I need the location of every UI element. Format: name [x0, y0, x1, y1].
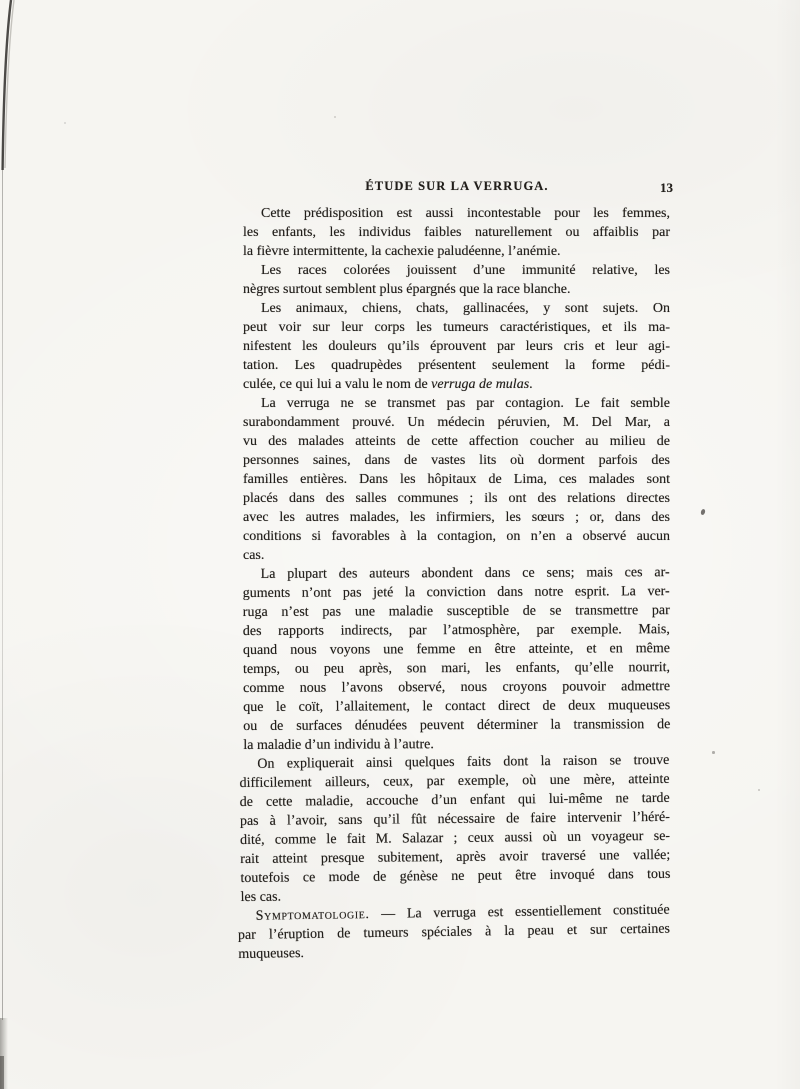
paragraph: La plupart des auteurs abondent dans ce … — [243, 563, 671, 755]
scan-speck — [758, 789, 760, 791]
text-segment: placés dans des salles communes ; ils on… — [243, 491, 670, 506]
text-segment: les enfants, les individus faibles natur… — [243, 225, 670, 240]
text-line: comme nous l’avons observé, nous croyons… — [243, 677, 670, 698]
text-line: placés dans des salles communes ; ils on… — [243, 489, 670, 508]
text-line: guments n’ont pas jeté la conviction dan… — [243, 582, 670, 603]
text-line: familles entières. Dans les hôpitaux de … — [243, 470, 670, 489]
text-line: la fièvre intermittente, la cachexie pal… — [243, 242, 670, 261]
text-line: conditions si favorables à la contagion,… — [243, 527, 670, 546]
text-segment: la maladie d’un individu à l’autre. — [243, 737, 434, 753]
paragraph: Les races colorées jouissent d’une immun… — [243, 261, 670, 299]
scan-speck — [700, 509, 706, 516]
text-segment: tation. Les quadrupèdes présentent seule… — [243, 358, 670, 373]
text-segment: difficilement ailleurs, ceux, par exempl… — [239, 772, 669, 791]
text-line: des rapports indirects, par l’atmosphère… — [243, 620, 670, 641]
text-line: que le coït, l’allaitement, le contact d… — [243, 696, 670, 717]
text-line: ou de surfaces dénudées peuvent détermin… — [243, 715, 670, 736]
text-line: vu des malades atteints de cette affecti… — [243, 432, 670, 451]
text-segment: vu des malades atteints de cette affecti… — [243, 434, 670, 449]
text-segment: cas. — [243, 548, 264, 563]
paragraph: Les animaux, chiens, chats, gallinacées,… — [243, 299, 670, 394]
text-line: culée, ce qui lui a valu le nom de verru… — [243, 375, 670, 394]
page-text-block: Cette prédisposition est aussi incontest… — [243, 204, 670, 964]
text-segment: Les races colorées jouissent d’une immun… — [261, 263, 670, 278]
text-segment: pas à l’avoir, sans qu’il fût nécessaire… — [240, 810, 670, 829]
text-segment: avec les autres malades, les infirmiers,… — [243, 510, 670, 525]
scan-speck — [64, 122, 66, 124]
text-line: les enfants, les individus faibles natur… — [243, 223, 670, 242]
text-line: avec les autres malades, les infirmiers,… — [243, 508, 670, 527]
text-line: ruga n’est pas une maladie susceptible d… — [243, 601, 670, 622]
text-line: nifestent les douleurs qu’ils éprouvent … — [243, 337, 670, 356]
text-line: surabondamment prouvé. Un médecin péruvi… — [243, 413, 670, 432]
page-header: ÉTUDE SUR LA VERRUGA. 13 — [243, 179, 671, 195]
text-segment: On expliquerait ainsi quelques faits don… — [257, 753, 669, 772]
text-segment: toutefois ce mode de génèse ne peut être… — [240, 867, 670, 886]
text-segment: ruga n’est pas une maladie susceptible d… — [243, 603, 670, 620]
text-segment: quand nous voyons une femme en être atte… — [243, 641, 670, 658]
text-line: La plupart des auteurs abondent dans ce … — [243, 563, 670, 584]
text-segment: des rapports indirects, par l’atmosphère… — [243, 622, 670, 639]
text-segment-smallcaps: Symptomatologie. — [256, 907, 370, 924]
text-line: La verruga ne se transmet pas par contag… — [243, 394, 670, 413]
paragraph: On expliquerait ainsi quelques faits don… — [239, 751, 670, 907]
text-segment-italic: verruga de mulas — [431, 377, 529, 392]
text-segment: peut voir sur leur corps les tumeurs car… — [243, 320, 670, 335]
text-segment: muqueuses. — [238, 946, 304, 962]
text-segment: dité, comme le fait M. Salazar ; ceux au… — [240, 829, 670, 848]
text-segment: temps, ou peu après, son mari, les enfan… — [243, 660, 670, 677]
paragraph: Cette prédisposition est aussi incontest… — [243, 204, 670, 261]
text-line: quand nous voyons une femme en être atte… — [243, 639, 670, 660]
text-segment: La plupart des auteurs abondent dans ce … — [261, 565, 670, 582]
text-segment: guments n’ont pas jeté la conviction dan… — [243, 584, 670, 601]
text-line: tation. Les quadrupèdes présentent seule… — [243, 356, 670, 375]
text-line: nègres surtout semblent plus épargnés qu… — [243, 280, 670, 299]
text-segment: familles entières. Dans les hôpitaux de … — [243, 472, 670, 487]
text-segment: Cette prédisposition est aussi incontest… — [261, 206, 670, 221]
text-line: Cette prédisposition est aussi incontest… — [243, 204, 670, 223]
binding-edge-line — [2, 150, 3, 1020]
text-segment: — La verruga est essentiellement constit… — [369, 903, 669, 922]
text-segment: personnes saines, dans de vastes lits où… — [243, 453, 670, 468]
text-segment: . — [529, 377, 533, 392]
scanned-book-page: ÉTUDE SUR LA VERRUGA. 13 Cette prédispos… — [0, 0, 800, 1089]
text-segment: de cette maladie, accouche d’un enfant q… — [240, 791, 670, 810]
scan-speck — [712, 751, 715, 754]
text-segment: La verruga ne se transmet pas par contag… — [261, 396, 670, 411]
text-segment: comme nous l’avons observé, nous croyons… — [243, 679, 670, 696]
text-segment: nifestent les douleurs qu’ils éprouvent … — [243, 339, 670, 354]
text-segment: les cas. — [241, 890, 282, 905]
text-line: personnes saines, dans de vastes lits où… — [243, 451, 670, 470]
page-number: 13 — [660, 180, 673, 196]
binding-edge-curve — [0, 0, 24, 170]
text-segment: ou de surfaces dénudées peuvent détermin… — [243, 717, 670, 734]
text-segment: la fièvre intermittente, la cachexie pal… — [243, 244, 561, 259]
text-segment: Les animaux, chiens, chats, gallinacées,… — [261, 301, 670, 316]
text-segment: que le coït, l’allaitement, le contact d… — [243, 698, 670, 715]
running-title: ÉTUDE SUR LA VERRUGA. — [243, 179, 671, 194]
paragraph: Symptomatologie. — La verruga est essent… — [238, 901, 671, 964]
text-segment: nègres surtout semblent plus épargnés qu… — [243, 282, 570, 297]
text-segment: culée, ce qui lui a valu le nom de — [243, 377, 431, 392]
text-segment: surabondamment prouvé. Un médecin péruvi… — [243, 415, 670, 430]
text-line: Les races colorées jouissent d’une immun… — [243, 261, 670, 280]
text-line: peut voir sur leur corps les tumeurs car… — [243, 318, 670, 337]
text-line: cas. — [243, 546, 670, 565]
text-segment: conditions si favorables à la contagion,… — [243, 529, 670, 544]
page-edge-shadow-dark — [0, 1056, 4, 1089]
text-line: temps, ou peu après, son mari, les enfan… — [243, 658, 670, 679]
text-segment: rait atteint presque subitement, après a… — [240, 848, 670, 867]
paragraph: La verruga ne se transmet pas par contag… — [243, 394, 670, 565]
scan-speck — [334, 116, 336, 118]
text-line: Les animaux, chiens, chats, gallinacées,… — [243, 299, 670, 318]
